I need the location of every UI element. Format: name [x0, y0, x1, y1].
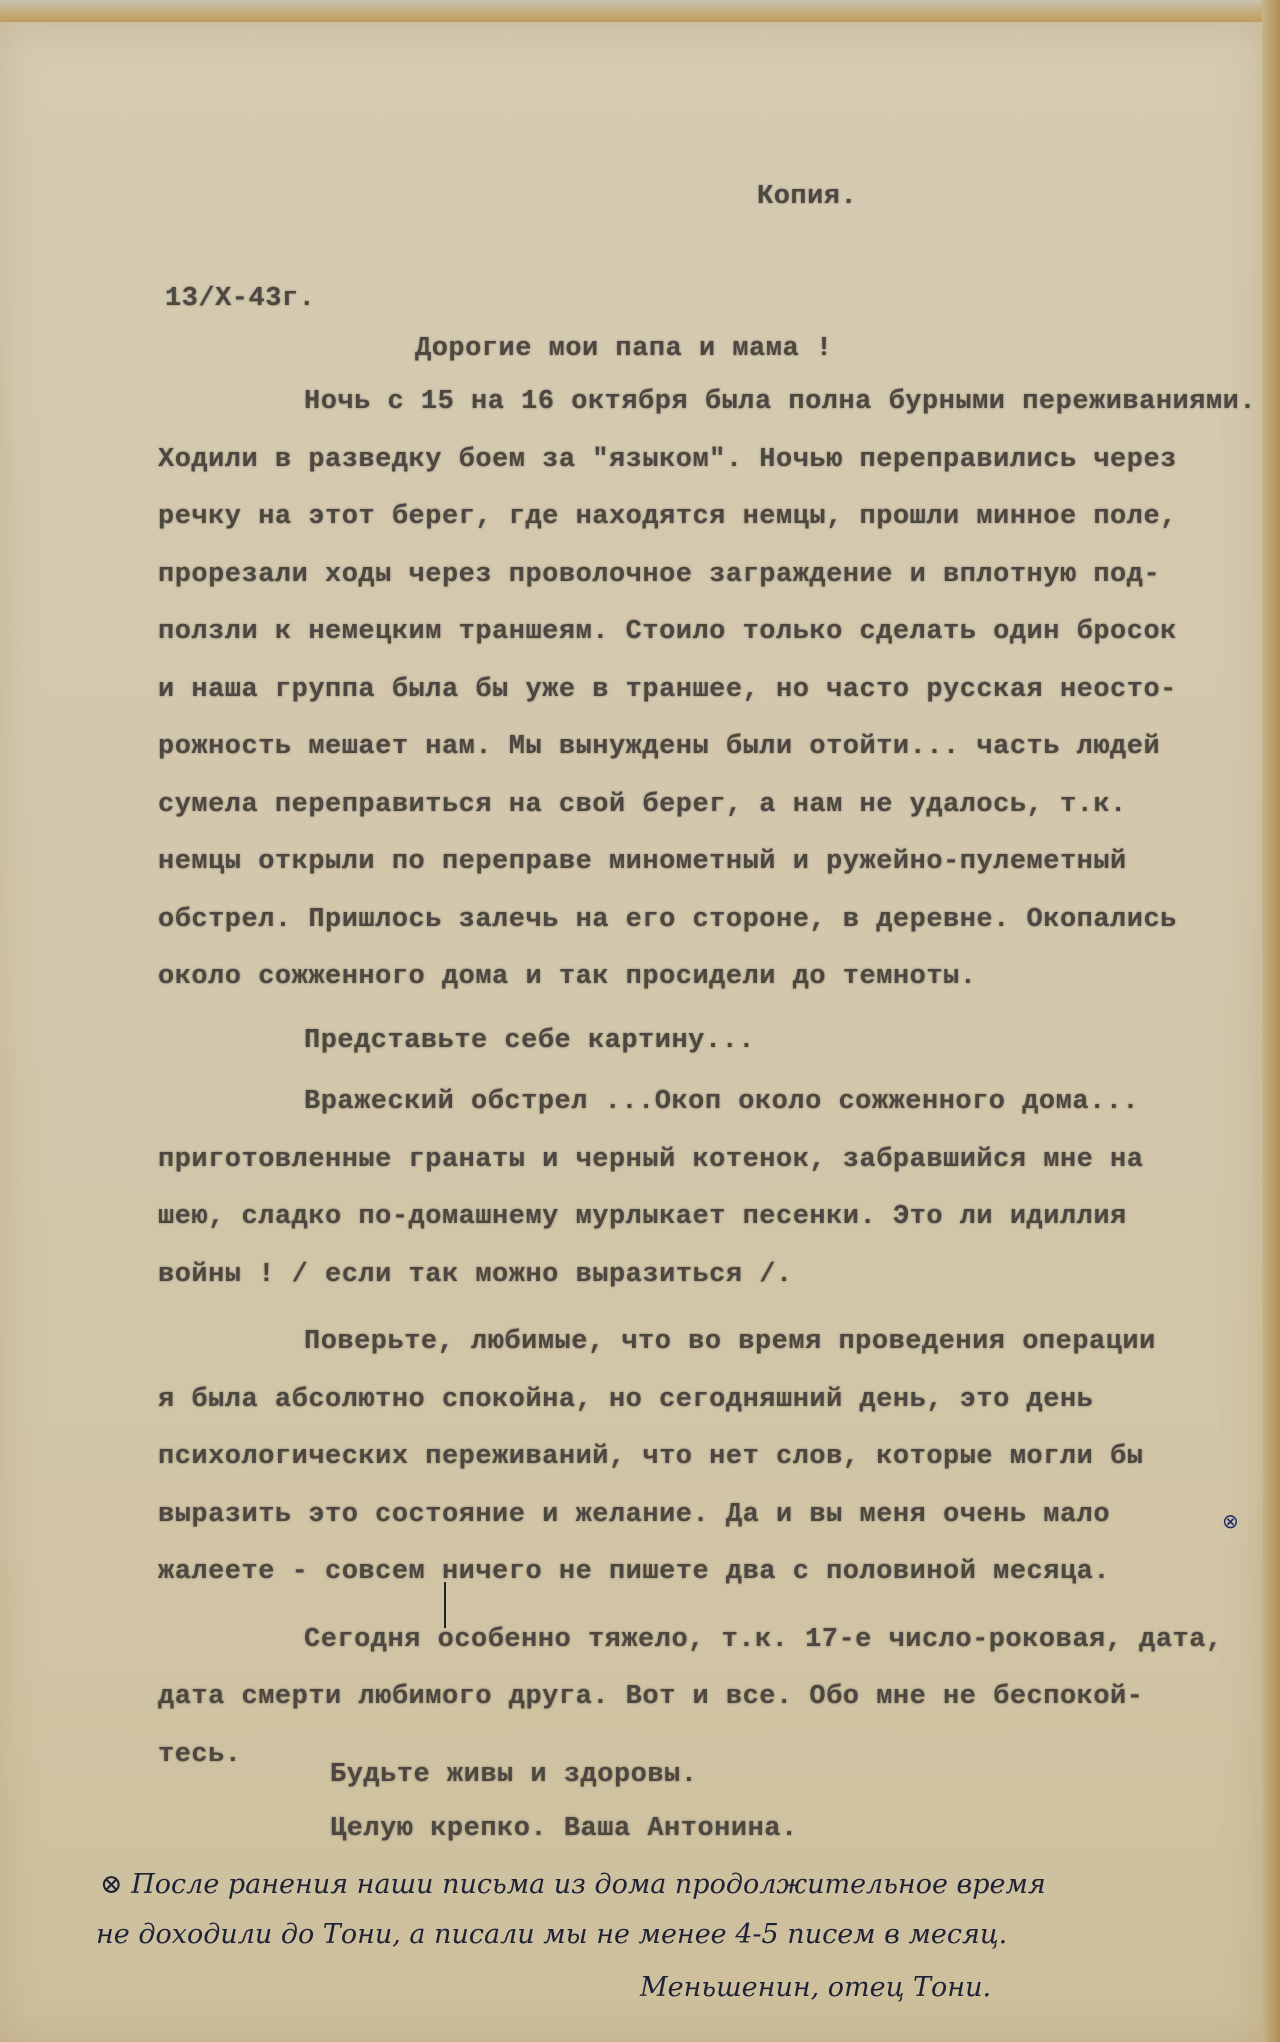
letter-body-line: Вражеский обстрел ...Окоп около сожженно… — [304, 1087, 1139, 1117]
letter-page: Копия. 13/X-43г. Дорогие мои папа и мама… — [0, 22, 1262, 2042]
letter-body-line: и наша группа была бы уже в траншее, но … — [158, 675, 1177, 705]
letter-body-line: дата смерти любимого друга. Вот и все. О… — [158, 1682, 1143, 1712]
letter-closing: Будьте живы и здоровы. — [330, 1760, 697, 1790]
letter-body-line: около сожженного дома и так просидели до… — [158, 962, 976, 992]
letter-body-line: психологических переживаний, что нет сло… — [158, 1442, 1143, 1472]
handwritten-note-signature: Меньшенин, отец Тони. — [640, 1972, 991, 2003]
letter-body-line: Ночь с 15 на 16 октября была полна бурны… — [304, 387, 1256, 417]
letter-body-line: шею, сладко по-домашнему мурлыкает песен… — [158, 1202, 1127, 1232]
letter-body-line: Представьте себе картину... — [304, 1026, 755, 1056]
letter-body-line: речку на этот берег, где находятся немцы… — [158, 502, 1177, 532]
letter-body-line: рожность мешает нам. Мы вынуждены были о… — [158, 732, 1160, 762]
document-top-edge — [0, 0, 1280, 24]
letter-body-line: Ходили в разведку боем за "языком". Ночь… — [158, 445, 1177, 475]
letter-body-line: обстрел. Пришлось залечь на его стороне,… — [158, 905, 1177, 935]
letter-body-line: немцы открыли по переправе минометный и … — [158, 847, 1127, 877]
letter-body-line: войны ! / если так можно выразиться /. — [158, 1260, 793, 1290]
document-right-edge — [1262, 0, 1280, 2042]
handwritten-note-line-2: не доходили до Тони, а писали мы не мене… — [96, 1919, 1007, 1950]
letter-date: 13/X-43г. — [165, 284, 315, 314]
letter-body-line: жалеете - совсем ничего не пишете два с … — [158, 1557, 1110, 1587]
letter-body-line: приготовленные гранаты и черный котенок,… — [158, 1145, 1143, 1175]
footnote-marker-icon: ⊗ — [1222, 1509, 1239, 1533]
letter-body-line: я была абсолютно спокойна, но сегодняшни… — [158, 1385, 1093, 1415]
letter-body-line: Поверьте, любимые, что во время проведен… — [304, 1327, 1156, 1357]
letter-body-line: сумела переправиться на свой берег, а на… — [158, 790, 1127, 820]
letter-body-line: прорезали ходы через проволочное загражд… — [158, 560, 1160, 590]
letter-signature: Целую крепко. Ваша Антонина. — [330, 1814, 798, 1844]
letter-salutation: Дорогие мои папа и мама ! — [415, 334, 833, 364]
handwritten-separator-mark — [444, 1582, 446, 1628]
letter-body-line: выразить это состояние и желание. Да и в… — [158, 1500, 1110, 1530]
copy-label: Копия. — [757, 182, 857, 212]
letter-body-line: Сегодня особенно тяжело, т.к. 17-е число… — [304, 1625, 1223, 1655]
handwritten-note-line-1: ⊗ После ранения наши письма из дома прод… — [100, 1869, 1046, 1900]
letter-body-line: ползли к немецким траншеям. Стоило тольк… — [158, 617, 1177, 647]
handwritten-note-text-1: После ранения наши письма из дома продол… — [131, 1869, 1046, 1900]
letter-body-line: тесь. — [158, 1740, 242, 1770]
footnote-marker-icon: ⊗ — [100, 1869, 123, 1900]
